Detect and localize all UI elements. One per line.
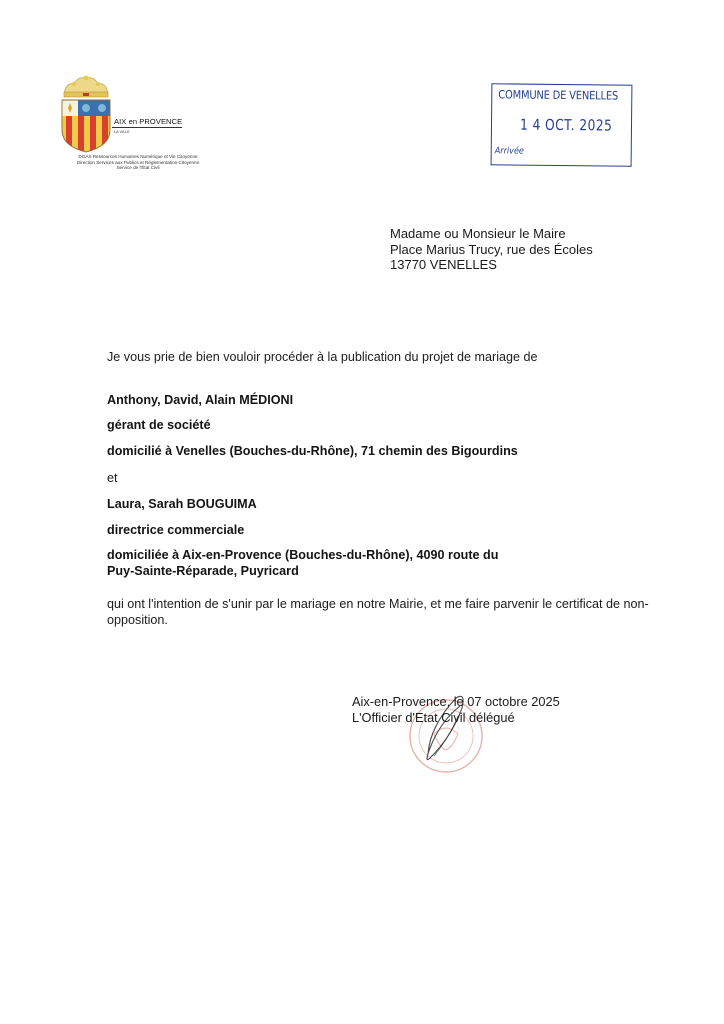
department-block: DGAS Ressources Humaines Numérique et Vi… [46,154,230,171]
addressee-line: 13770 VENELLES [390,257,593,273]
place-date: Aix-en-Provence, le 07 octobre 2025 [352,694,560,710]
party2-address-line1: domiciliée à Aix-en-Provence (Bouches-du… [107,548,498,562]
coat-of-arms-icon [56,72,116,154]
party2-name: Laura, Sarah BOUGUIMA [107,497,257,511]
conjunction: et [107,471,118,485]
stamp-date: 1 4 OCT. 2025 [520,116,612,135]
stamp-commune: COMMUNE DE VENELLES [498,87,618,102]
party2-address-line2: Puy-Sainte-Réparade, Puyricard [107,564,299,578]
party1-profession: gérant de société [107,418,211,432]
signatory-title: L'Officier d'Etat Civil délégué [352,710,560,726]
addressee-block: Madame ou Monsieur le Maire Place Marius… [390,226,593,273]
addressee-line: Madame ou Monsieur le Maire [390,226,593,242]
party1-name: Anthony, David, Alain MÉDIONI [107,393,293,407]
party2-profession: directrice commerciale [107,523,244,537]
stamp-status: Arrivée [495,146,524,156]
city-subtitle: LA VILLE [114,130,130,134]
party1-address: domicilié à Venelles (Bouches-du-Rhône),… [107,444,518,458]
signature-block: Aix-en-Provence, le 07 octobre 2025 L'Of… [352,694,560,726]
department-line: Service de l'État Civil [46,165,230,171]
intro-paragraph: Je vous prie de bien vouloir procéder à … [107,350,538,364]
addressee-line: Place Marius Trucy, rue des Écoles [390,242,593,258]
city-name: AIX en PROVENCE [114,117,182,126]
arrival-stamp: COMMUNE DE VENELLES 1 4 OCT. 2025 Arrivé… [491,83,633,166]
logo-divider [112,127,182,128]
closing-paragraph: qui ont l'intention de s'unir par le mar… [107,596,667,628]
